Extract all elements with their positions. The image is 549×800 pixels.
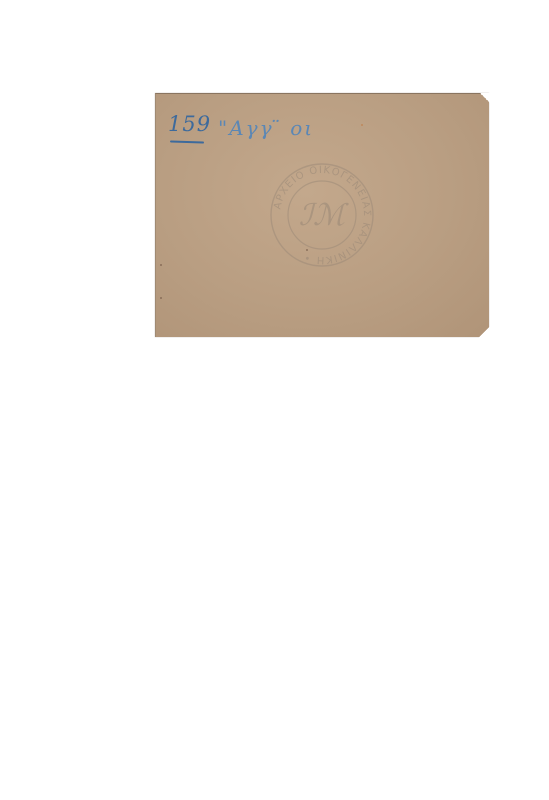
paper-speck [361, 124, 363, 126]
paper-speck [160, 264, 162, 266]
paper-speck [306, 249, 308, 251]
scanned-paper-card: 159 "Αγγ ̈ οι ΑΡΧΕΙΟ ΟΙΚΟΓΕΝΕΙΑΣ ΚΑΛΛΙΝΙ… [155, 93, 489, 337]
stamp-monogram: ℐℳ [299, 198, 349, 233]
paper-speck [160, 297, 162, 299]
handwritten-number: 159 [168, 112, 211, 136]
torn-corner [478, 324, 490, 338]
archive-stamp: ΑΡΧΕΙΟ ΟΙΚΟΓΕΝΕΙΑΣ ΚΑΛΛΙΝΙΚΗ • ℐℳ [268, 161, 376, 269]
torn-corner [480, 93, 490, 103]
underline [170, 140, 204, 143]
handwritten-word: "Αγγ ̈ οι [218, 116, 314, 140]
